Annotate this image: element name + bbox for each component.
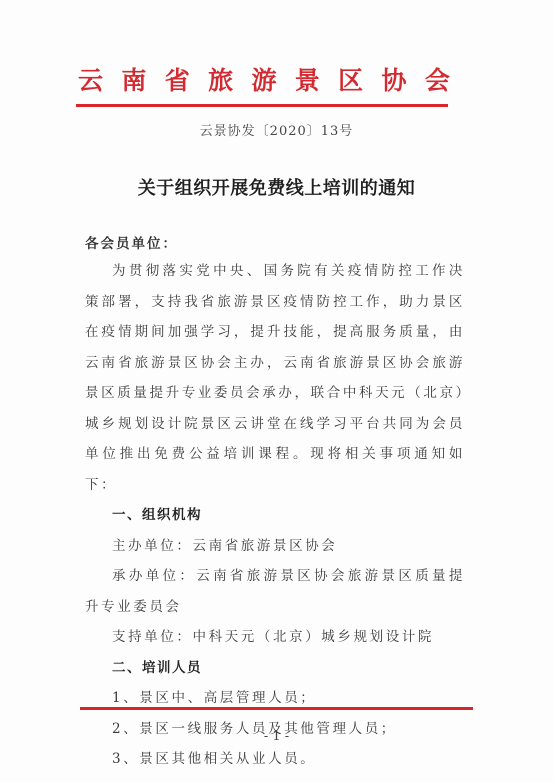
letterhead-char: 协 [382,66,407,96]
organizer-line: 主办单位：云南省旅游景区协会 [85,531,465,562]
letterhead-char: 区 [338,66,363,96]
undertaker-line: 承办单位：云南省旅游景区协会旅游景区质量提升专业委员会 [85,561,465,622]
section-heading-organization: 一、组织机构 [85,500,465,531]
trainee-item: 3、景区其他相关从业人员。 [85,744,465,775]
letterhead-divider [76,104,448,107]
footer-divider [80,707,473,710]
salutation: 各会员单位： [85,232,178,252]
letterhead-char: 旅 [208,66,233,96]
org-letterhead: 云 南 省 旅 游 景 区 协 会 [78,66,450,96]
document-body: 为贯彻落实党中央、国务院有关疫情防控工作决策部署，支持我省旅游景区疫情防控工作，… [85,256,465,775]
document-title: 关于组织开展免费线上培训的通知 [0,174,553,200]
letterhead-char: 游 [251,66,276,96]
document-number: 云景协发〔2020〕13号 [0,120,553,139]
letterhead-char: 会 [425,66,450,96]
letterhead-char: 省 [165,66,190,96]
letterhead-char: 云 [78,66,103,96]
intro-paragraph: 为贯彻落实党中央、国务院有关疫情防控工作决策部署，支持我省旅游景区疫情防控工作，… [85,256,465,500]
section-heading-trainees: 二、培训人员 [85,653,465,684]
document-page: 云 南 省 旅 游 景 区 协 会 云景协发〔2020〕13号 关于组织开展免费… [0,0,553,782]
letterhead-char: 南 [121,66,146,96]
supporter-line: 支持单位：中科天元（北京）城乡规划设计院 [85,622,465,653]
page-number: - 1 - [0,729,553,744]
letterhead-char: 景 [295,66,320,96]
